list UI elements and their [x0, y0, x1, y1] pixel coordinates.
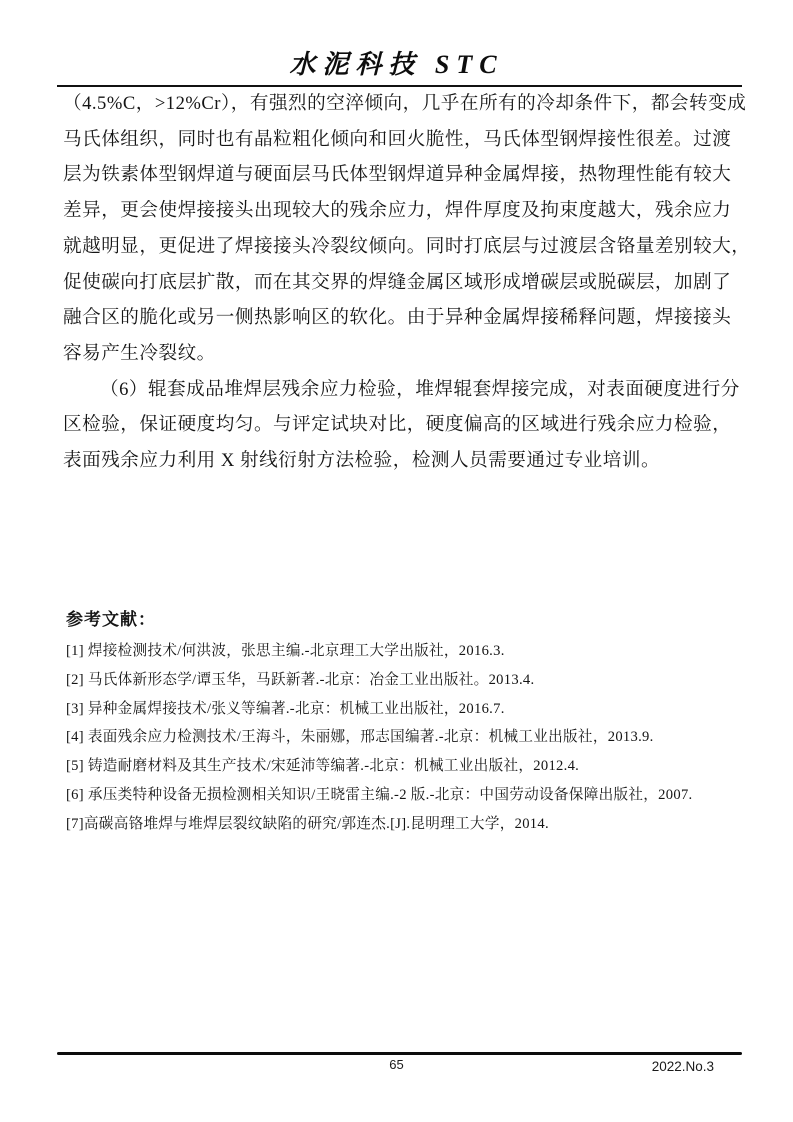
body-line: （6）辊套成品堆焊层残余应力检验，堆焊辊套焊接完成，对表面硬度进行分 [63, 372, 730, 408]
body-line: 马氏体组织，同时也有晶粒粗化倾向和回火脆性，马氏体型钢焊接性很差。过渡 [63, 122, 730, 158]
body-line: 容易产生冷裂纹。 [63, 336, 730, 372]
body-line: 区检验，保证硬度均匀。与评定试块对比，硬度偏高的区域进行残余应力检验， [63, 407, 730, 443]
reference-item: [5] 铸造耐磨材料及其生产技术/宋延沛等编著.-北京：机械工业出版社，2012… [66, 752, 736, 781]
reference-item: [1] 焊接检测技术/何洪波，张思主编.-北京理工大学出版社，2016.3. [66, 637, 736, 666]
journal-title: 水泥科技 STC [0, 44, 793, 81]
reference-item: [3] 异种金属焊接技术/张义等编著.-北京：机械工业出版社，2016.7. [66, 695, 736, 724]
document-page: 水泥科技 STC （4.5%C，>12%Cr），有强烈的空淬倾向，几乎在所有的冷… [0, 0, 793, 1122]
references-section: 参考文献： [1] 焊接检测技术/何洪波，张思主编.-北京理工大学出版社，201… [66, 608, 736, 839]
article-body: （4.5%C，>12%Cr），有强烈的空淬倾向，几乎在所有的冷却条件下，都会转变… [63, 86, 730, 479]
body-line: 融合区的脆化或另一侧热影响区的软化。由于异种金属焊接稀释问题，焊接接头 [63, 300, 730, 336]
reference-item: [6] 承压类特种设备无损检测相关知识/王晓雷主编.-2 版.-北京：中国劳动设… [66, 781, 736, 810]
references-heading: 参考文献： [66, 608, 736, 632]
body-line: （4.5%C，>12%Cr），有强烈的空淬倾向，几乎在所有的冷却条件下，都会转变… [63, 86, 730, 122]
reference-item: [2] 马氏体新形态学/谭玉华，马跃新著.-北京：冶金工业出版社。2013.4. [66, 666, 736, 695]
body-line: 差异，更会使焊接接头出现较大的残余应力，焊件厚度及拘束度越大，残余应力 [63, 193, 730, 229]
body-line: 就越明显，更促进了焊接接头冷裂纹倾向。同时打底层与过渡层含铬量差别较大， [63, 229, 730, 265]
reference-item: [7]高碳高铬堆焊与堆焊层裂纹缺陷的研究/郭连杰.[J].昆明理工大学，2014… [66, 810, 736, 839]
reference-item: [4] 表面残余应力检测技术/王海斗，朱丽娜，邢志国编著.-北京：机械工业出版社… [66, 723, 736, 752]
body-line: 表面残余应力利用 X 射线衍射方法检验，检测人员需要通过专业培训。 [63, 443, 730, 479]
body-line: 层为铁素体型钢焊道与硬面层马氏体型钢焊道异种金属焊接，热物理性能有较大 [63, 157, 730, 193]
footer-rule [57, 1052, 742, 1055]
issue-number: 2022.No.3 [652, 1059, 714, 1074]
body-line: 促使碳向打底层扩散，而在其交界的焊缝金属区域形成增碳层或脱碳层，加剧了 [63, 265, 730, 301]
